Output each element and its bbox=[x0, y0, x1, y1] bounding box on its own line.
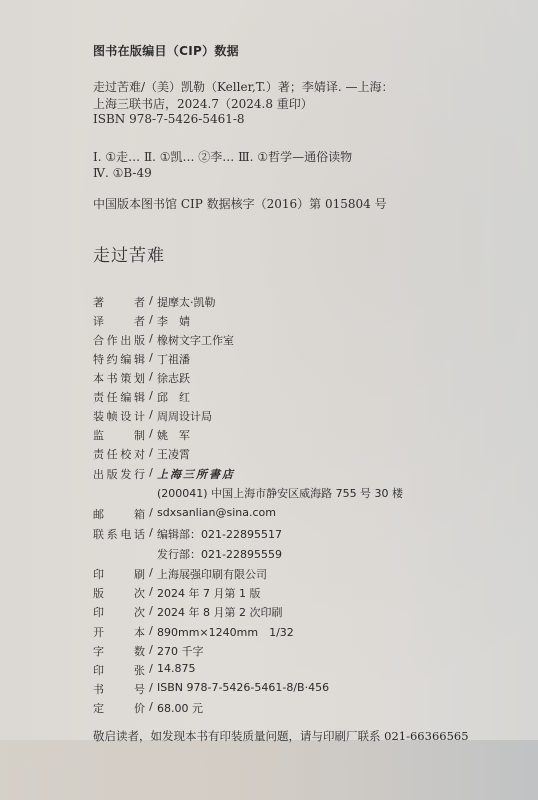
credit-row-designer: 装帧设计/周周设计局 bbox=[93, 408, 212, 424]
spec-row-format: 开 本/890mm×1240mm 1/32 bbox=[93, 624, 294, 640]
separator: / bbox=[145, 466, 157, 482]
credit-label: 合作出版 bbox=[93, 332, 145, 348]
spec-value: 2024 年 7 月第 1 版 bbox=[157, 585, 260, 601]
spec-value: 14.875 bbox=[157, 662, 196, 678]
spec-row-word-count: 字 数/270 千字 bbox=[93, 643, 204, 659]
copyright-page: 图书在版编目（CIP）数据 走过苦难/（美）凯勒（Keller,T.）著；李婧译… bbox=[0, 0, 538, 800]
credit-row-supervisor: 监 制/姚 军 bbox=[93, 427, 190, 443]
credit-value: 提摩太·凯勒 bbox=[157, 294, 216, 310]
separator: / bbox=[145, 427, 157, 443]
spec-row-isbn: 书 号/ISBN 978-7-5426-5461-8/B·456 bbox=[93, 681, 329, 697]
spec-row-printing: 印 次/2024 年 8 月第 2 次印刷 bbox=[93, 604, 282, 620]
credit-label: 责任校对 bbox=[93, 446, 145, 462]
credit-row-responsible-editor: 责任编辑/邱 红 bbox=[93, 389, 190, 405]
spec-row-edition: 版 次/2024 年 7 月第 1 版 bbox=[93, 585, 260, 601]
credit-row-special-editor: 特约编辑/丁祖潘 bbox=[93, 351, 190, 367]
spec-label: 版 次 bbox=[93, 585, 145, 601]
cip-classification: Ⅳ. ①B-49 bbox=[93, 166, 152, 180]
cip-line: 上海三联书店，2024.7（2024.8 重印） bbox=[93, 95, 313, 112]
separator: / bbox=[145, 370, 157, 386]
separator: / bbox=[145, 526, 157, 542]
credit-row-co-publisher: 合作出版/橡树文字工作室 bbox=[93, 332, 234, 348]
separator: / bbox=[145, 681, 157, 697]
separator: / bbox=[145, 604, 157, 620]
separator: / bbox=[145, 313, 157, 329]
spec-row-sheets: 印 张/14.875 bbox=[93, 662, 196, 678]
publisher-logo-text: 上海三所書店 bbox=[157, 466, 235, 482]
cip-heading: 图书在版编目（CIP）数据 bbox=[93, 42, 239, 59]
credit-label: 特约编辑 bbox=[93, 351, 145, 367]
cip-classification: Ⅰ. ①走… Ⅱ. ①凯… ②李… Ⅲ. ①哲学—通俗读物 bbox=[93, 148, 352, 165]
credit-row-publisher: 出版发行/上海三所書店 bbox=[93, 466, 235, 482]
credit-value: 姚 军 bbox=[157, 427, 190, 443]
spec-row-printer: 印 刷/上海展强印刷有限公司 bbox=[93, 566, 267, 582]
contact-label: 邮 箱 bbox=[93, 506, 145, 522]
separator: / bbox=[145, 566, 157, 582]
credit-row-translator: 译 者/李 婧 bbox=[93, 313, 190, 329]
spec-label: 印 次 bbox=[93, 604, 145, 620]
page-bottom-shadow bbox=[0, 740, 538, 800]
credit-value: 王凌霄 bbox=[157, 446, 190, 462]
separator: / bbox=[145, 446, 157, 462]
cip-line: 走过苦难/（美）凯勒（Keller,T.）著；李婧译. —上海： bbox=[93, 78, 393, 95]
book-title: 走过苦难 bbox=[93, 241, 165, 266]
separator: / bbox=[145, 408, 157, 424]
credit-value: 邱 红 bbox=[157, 389, 190, 405]
credit-row-proofreader: 责任校对/王凌霄 bbox=[93, 446, 190, 462]
spec-value: 270 千字 bbox=[157, 643, 204, 659]
credit-value: 周周设计局 bbox=[157, 408, 212, 424]
reader-notice: 敬启读者，如发现本书有印装质量问题，请与印刷厂联系 021-66366565 bbox=[93, 728, 469, 744]
publisher-address: (200041) 中国上海市静安区威海路 755 号 30 楼 bbox=[157, 485, 403, 501]
spec-label: 印 刷 bbox=[93, 566, 145, 582]
separator: / bbox=[145, 351, 157, 367]
separator: / bbox=[145, 506, 157, 522]
credit-row-planner: 本书策划/徐志跃 bbox=[93, 370, 190, 386]
spec-label: 开 本 bbox=[93, 624, 145, 640]
credit-value: 徐志跃 bbox=[157, 370, 190, 386]
credit-label: 译 者 bbox=[93, 313, 145, 329]
spec-label: 书 号 bbox=[93, 681, 145, 697]
credit-value: 橡树文字工作室 bbox=[157, 332, 234, 348]
separator: / bbox=[145, 700, 157, 716]
spec-value: 68.00 元 bbox=[157, 700, 203, 716]
cip-isbn: ISBN 978-7-5426-5461-8 bbox=[93, 112, 245, 126]
spec-label: 定 价 bbox=[93, 700, 145, 716]
separator: / bbox=[145, 332, 157, 348]
contact-row-email: 邮 箱/sdxsanlian@sina.com bbox=[93, 506, 276, 522]
separator: / bbox=[145, 585, 157, 601]
contact-row-phone: 联系电话/编辑部：021-22895517 bbox=[93, 526, 282, 542]
credit-label: 装帧设计 bbox=[93, 408, 145, 424]
spec-value: ISBN 978-7-5426-5461-8/B·456 bbox=[157, 681, 329, 697]
credit-value: 李 婧 bbox=[157, 313, 190, 329]
separator: / bbox=[145, 624, 157, 640]
contact-label: 联系电话 bbox=[93, 526, 145, 542]
separator: / bbox=[145, 389, 157, 405]
credit-row-author: 著 者/提摩太·凯勒 bbox=[93, 294, 216, 310]
spec-value: 2024 年 8 月第 2 次印刷 bbox=[157, 604, 282, 620]
credit-label: 监 制 bbox=[93, 427, 145, 443]
credit-label: 出版发行 bbox=[93, 466, 145, 482]
spec-value: 890mm×1240mm 1/32 bbox=[157, 624, 294, 640]
separator: / bbox=[145, 643, 157, 659]
credit-label: 著 者 bbox=[93, 294, 145, 310]
email-value: sdxsanlian@sina.com bbox=[157, 506, 276, 522]
spec-label: 字 数 bbox=[93, 643, 145, 659]
credit-label: 责任编辑 bbox=[93, 389, 145, 405]
credit-label: 本书策划 bbox=[93, 370, 145, 386]
spec-row-price: 定 价/68.00 元 bbox=[93, 700, 203, 716]
separator: / bbox=[145, 662, 157, 678]
show-through-shading bbox=[0, 0, 538, 800]
phone-value: 编辑部：021-22895517 bbox=[157, 526, 282, 542]
separator: / bbox=[145, 294, 157, 310]
distribution-phone: 发行部：021-22895559 bbox=[157, 546, 282, 562]
cip-verification-number: 中国版本图书馆 CIP 数据核字（2016）第 015804 号 bbox=[93, 195, 387, 212]
spec-label: 印 张 bbox=[93, 662, 145, 678]
credit-value: 丁祖潘 bbox=[157, 351, 190, 367]
spec-value: 上海展强印刷有限公司 bbox=[157, 566, 267, 582]
